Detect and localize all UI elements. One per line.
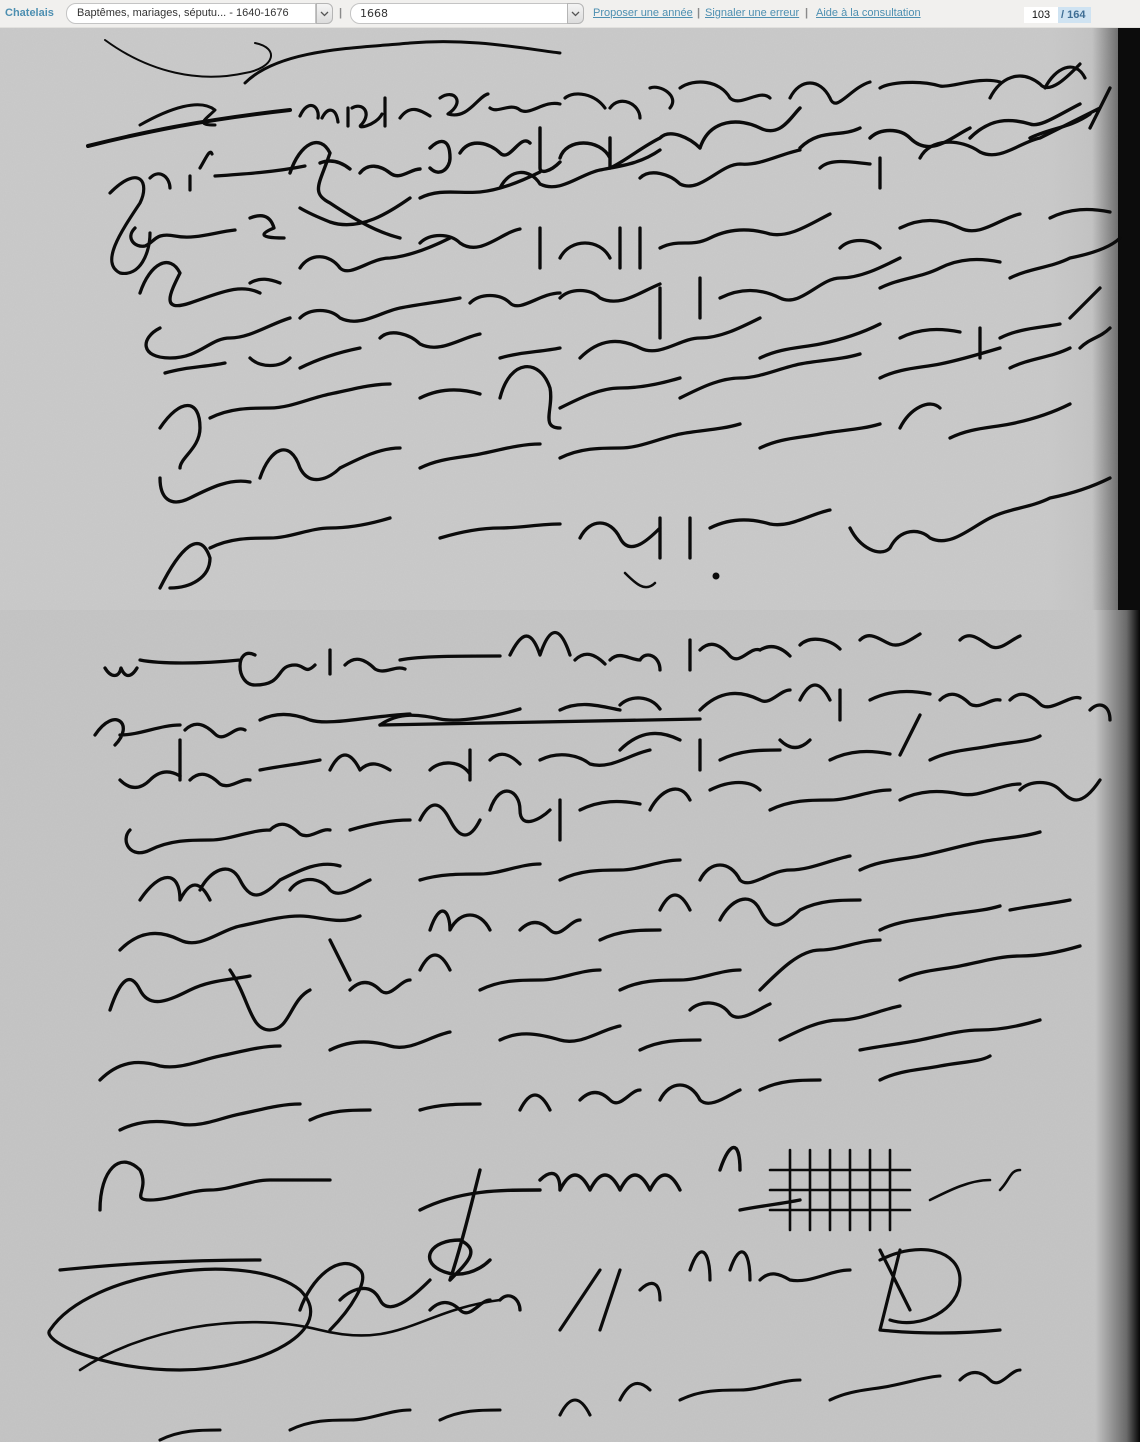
link-separator: | (805, 7, 808, 19)
scan-viewer[interactable] (0, 28, 1140, 1442)
viewer-toolbar: Chatelais Baptêmes, mariages, séputu... … (0, 0, 1140, 28)
chevron-down-icon (571, 11, 580, 17)
year-select-dropdown-button[interactable] (567, 3, 584, 24)
commune-name: Chatelais (5, 7, 54, 19)
register-select-dropdown-button[interactable] (316, 3, 333, 24)
year-select[interactable]: 1668 (350, 3, 568, 24)
register-select[interactable]: Baptêmes, mariages, séputu... - 1640-167… (66, 3, 316, 24)
page-number-input[interactable]: 103 (1024, 7, 1058, 23)
help-link[interactable]: Aide à la consultation (816, 7, 921, 19)
toolbar-separator: | (339, 7, 342, 19)
propose-year-link[interactable]: Proposer une année (593, 7, 693, 19)
chevron-down-icon (320, 11, 329, 17)
report-error-link[interactable]: Signaler une erreur (705, 7, 799, 19)
upper-scan-tile[interactable] (0, 28, 1140, 610)
page-navigator: 103 / 164 (1024, 7, 1091, 23)
handwriting-upper (0, 28, 1140, 610)
page-total: / 164 (1058, 9, 1091, 21)
link-separator: | (697, 7, 700, 19)
lower-scan-tile[interactable] (0, 610, 1140, 1442)
handwriting-lower (0, 610, 1140, 1442)
